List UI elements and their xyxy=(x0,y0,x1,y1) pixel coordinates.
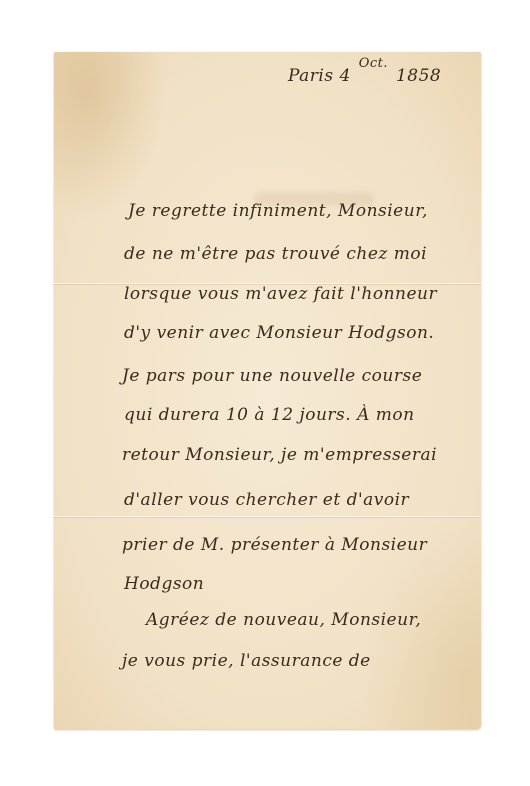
dateline-year: 1858 xyxy=(396,66,441,86)
fold-line xyxy=(54,516,481,517)
letter-line: lorsque vous m'avez fait l'honneur xyxy=(124,284,437,304)
letter-line: d'y venir avec Monsieur Hodgson. xyxy=(124,323,434,343)
letter-paper: Paris 4 Oct. 1858 Je regrette infiniment… xyxy=(54,52,481,729)
dateline: Paris 4 Oct. 1858 xyxy=(288,66,441,86)
letter-line: Hodgson xyxy=(124,574,204,594)
letter-line: Je pars pour une nouvelle course xyxy=(122,366,422,386)
letter-line: retour Monsieur, je m'empresserai xyxy=(122,445,437,465)
letter-line: prier de M. présenter à Monsieur xyxy=(122,535,427,555)
letter-line: je vous prie, l'assurance de xyxy=(122,651,371,671)
letter-line: de ne m'être pas trouvé chez moi xyxy=(124,244,427,264)
letter-line: d'aller vous chercher et d'avoir xyxy=(124,490,409,510)
letter-line: Agréez de nouveau, Monsieur, xyxy=(146,610,421,630)
dateline-place-day: Paris 4 xyxy=(288,66,351,86)
letter-line: qui durera 10 à 12 jours. À mon xyxy=(124,405,415,425)
dateline-month: Oct. xyxy=(359,56,388,71)
letter-line: Je regrette infiniment, Monsieur, xyxy=(128,201,428,221)
